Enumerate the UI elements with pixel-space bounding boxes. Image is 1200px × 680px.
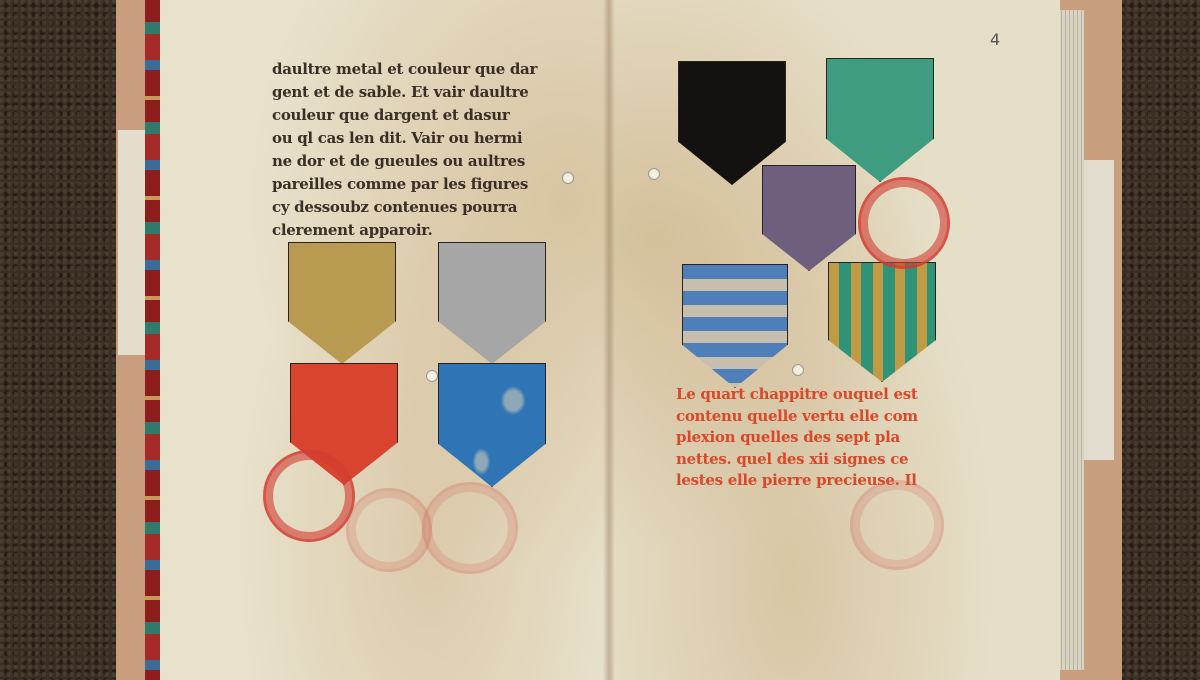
text-line: couleur que dargent et dasur: [272, 104, 537, 127]
library-stamp: [858, 177, 950, 269]
library-stamp-faint: [850, 480, 944, 570]
folio-number: 4: [990, 30, 1000, 49]
rubric-text: Le quart chappitre ouquel est contenu qu…: [676, 384, 918, 492]
book-gutter: [603, 0, 615, 680]
text-line: clerement apparoir.: [272, 219, 537, 242]
page-hole: [648, 168, 660, 180]
text-line: gent et de sable. Et vair daultre: [272, 81, 537, 104]
page-hole: [792, 364, 804, 376]
rubric-line: plexion quelles des sept pla: [676, 427, 918, 449]
left-page-text: daultre metal et couleur que dar gent et…: [272, 58, 537, 242]
page-hole: [562, 172, 574, 184]
text-line: ou ql cas len dit. Vair ou hermi: [272, 127, 537, 150]
page-hole: [426, 370, 438, 382]
rubric-line: Le quart chappitre ouquel est: [676, 384, 918, 406]
rubric-line: nettes. quel des xii signes ce: [676, 449, 918, 471]
library-stamp-faint: [422, 482, 518, 574]
library-stamp-faint: [346, 488, 432, 572]
library-stamp: [263, 450, 355, 542]
text-line: daultre metal et couleur que dar: [272, 58, 537, 81]
rubric-line: contenu quelle vertu elle com: [676, 406, 918, 428]
text-line: ne dor et de gueules ou aultres: [272, 150, 537, 173]
text-line: cy dessoubz contenues pourra: [272, 196, 537, 219]
text-line: pareilles comme par les figures: [272, 173, 537, 196]
